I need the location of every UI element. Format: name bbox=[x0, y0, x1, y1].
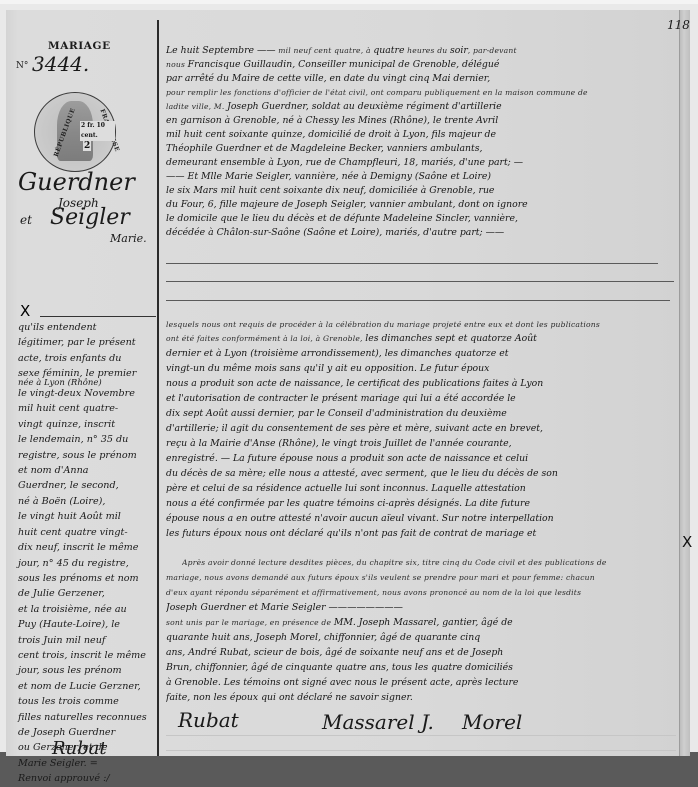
margin-line: dix neuf, inscrit le même bbox=[18, 540, 156, 555]
margin-line: jour, sous les prénom bbox=[18, 663, 156, 678]
body-line: vingt-un du même mois sans qu'il y ait e… bbox=[166, 362, 676, 376]
body-line: ont été faites conformément à la loi, à … bbox=[166, 332, 676, 346]
body-line: Brun, chiffonnier, âgé de cinquante quat… bbox=[166, 661, 676, 675]
body-line: nous Francisque Guillaudin, Conseiller m… bbox=[166, 58, 676, 72]
body-line: épouse nous a en outre attesté n'avoir a… bbox=[166, 512, 676, 526]
margin-line: et la troisième, née au bbox=[18, 602, 156, 617]
stamp-value-bottom: 2 bbox=[83, 141, 91, 151]
body-line: d'eux ayant répondu séparément et affirm… bbox=[166, 586, 676, 600]
body-line: par arrêté du Maire de cette ville, en d… bbox=[166, 72, 676, 86]
bride-surname: Seigler bbox=[50, 205, 130, 230]
body-line: lesquels nous ont requis de procéder à l… bbox=[166, 318, 676, 332]
tax-stamp-icon: RÉPUBLIQUE FRANÇAISE 2 fr. 10 cent. 2 bbox=[34, 92, 116, 172]
folio-number: 118 bbox=[667, 18, 690, 32]
body-line: nous a été confirmée par les quatre témo… bbox=[166, 497, 676, 511]
body-line: —— Et Mlle Marie Seigler, vannière, née … bbox=[166, 170, 676, 184]
body-line: dernier et à Lyon (troisième arrondissem… bbox=[166, 347, 676, 361]
body-line: sont unis par le mariage, en présence de… bbox=[166, 616, 676, 630]
margin-line: mil huit cent quatre- bbox=[18, 401, 156, 416]
margin-line: tous les trois comme bbox=[18, 694, 156, 709]
margin-line: et nom de Lucie Gerzner, bbox=[18, 679, 156, 694]
body-line: ans, André Rubat, scieur de bois, âgé de… bbox=[166, 646, 676, 660]
body-line: mariage, nous avons demandé aux futurs é… bbox=[166, 571, 676, 585]
body-line: les futurs époux nous ont déclaré qu'ils… bbox=[166, 527, 676, 541]
blank-rule bbox=[166, 281, 674, 282]
insertion-mark-icon: X bbox=[682, 533, 692, 551]
margin-line: acte, trois enfants du bbox=[18, 351, 156, 366]
body-line: décédée à Châlon-sur-Saône (Saône et Loi… bbox=[166, 226, 676, 240]
witness-signature: Morel bbox=[462, 710, 522, 734]
margin-line: registre, sous le prénom bbox=[18, 448, 156, 463]
margin-column: MARIAGE N° 3444. RÉPUBLIQUE FRANÇAISE 2 … bbox=[6, 10, 156, 756]
margin-line: Puy (Haute-Loire), le bbox=[18, 617, 156, 632]
body-line: faite, non les époux qui ont déclaré ne … bbox=[166, 691, 676, 705]
body-line: le domicile que le lieu du décès et de d… bbox=[166, 212, 676, 226]
blank-rule bbox=[166, 263, 658, 264]
groom-surname: Guerdner bbox=[18, 168, 135, 196]
body-line: Théophile Guerdner et de Magdeleine Beck… bbox=[166, 142, 676, 156]
body-line: le six Mars mil huit cent soixante dix n… bbox=[166, 184, 676, 198]
margin-line: sous les prénoms et nom bbox=[18, 571, 156, 586]
body-line: quarante huit ans, Joseph Morel, chiffon… bbox=[166, 631, 676, 645]
margin-rule bbox=[40, 316, 156, 317]
body-line: Après avoir donné lecture desdites pièce… bbox=[182, 556, 692, 570]
margin-line: filles naturelles reconnues bbox=[18, 710, 156, 725]
bride-given-name: Marie. bbox=[110, 232, 147, 245]
guide-rule bbox=[166, 735, 676, 736]
body-line: reçu à la Mairie d'Anse (Rhône), le ving… bbox=[166, 437, 676, 451]
body-line: père et celui de sa résidence actuelle l… bbox=[166, 482, 676, 496]
record-number: 3444. bbox=[32, 52, 89, 76]
body-line: enregistré. — La future épouse nous a pr… bbox=[166, 452, 676, 466]
blank-rule bbox=[166, 300, 670, 301]
witness-signature: Massarel J. bbox=[322, 710, 434, 734]
insertion-mark-icon: X bbox=[20, 302, 30, 320]
margin-line: le lendemain, n° 35 du bbox=[18, 432, 156, 447]
body-line: Le huit Septembre —— mil neuf cent quatr… bbox=[166, 44, 676, 58]
margin-line: le vingt huit Août mil bbox=[18, 509, 156, 524]
record-title: MARIAGE bbox=[48, 40, 111, 52]
guide-rule bbox=[166, 750, 676, 751]
margin-line: qu'ils entendent bbox=[18, 320, 156, 335]
body-line: pour remplir les fonctions d'officier de… bbox=[166, 86, 676, 100]
margin-line: de Julie Gerzener, bbox=[18, 586, 156, 601]
margin-annotation: qu'ils entendent légitimer, par le prése… bbox=[18, 320, 156, 760]
margin-line: le vingt-deux Novembre bbox=[18, 386, 156, 401]
margin-line: et nom d'Anna bbox=[18, 463, 156, 478]
margin-line: jour, n° 45 du registre, bbox=[18, 556, 156, 571]
document-viewer: MARIAGE N° 3444. RÉPUBLIQUE FRANÇAISE 2 … bbox=[0, 0, 698, 752]
register-page: MARIAGE N° 3444. RÉPUBLIQUE FRANÇAISE 2 … bbox=[6, 10, 690, 756]
body-line: Joseph Guerdner et Marie Seigler ———————… bbox=[166, 601, 676, 615]
margin-line: né à Boën (Loire), bbox=[18, 494, 156, 509]
body-line: à Grenoble. Les témoins ont signé avec n… bbox=[166, 676, 676, 690]
body-line: mil huit cent soixante quinze, domicilié… bbox=[166, 128, 676, 142]
margin-line: huit cent quatre vingt- bbox=[18, 525, 156, 540]
body-line: ladite ville, M. Joseph Guerdner, soldat… bbox=[166, 100, 676, 114]
margin-line: trois Juin mil neuf bbox=[18, 633, 156, 648]
margin-line: Guerdner, le second, bbox=[18, 478, 156, 493]
body-line: dix sept Août aussi dernier, par le Cons… bbox=[166, 407, 676, 421]
body-line: en garnison à Grenoble, né à Chessy les … bbox=[166, 114, 676, 128]
margin-line: cent trois, inscrit le même bbox=[18, 648, 156, 663]
page-edge bbox=[679, 10, 690, 756]
body-line: nous a produit son acte de naissance, le… bbox=[166, 377, 676, 391]
body-line: demeurant ensemble à Lyon, rue de Champf… bbox=[166, 156, 676, 170]
stamp-value: 2 fr. 10 cent. bbox=[80, 121, 115, 141]
column-divider bbox=[157, 20, 159, 756]
witness-signature: Rubat bbox=[178, 708, 239, 732]
margin-signature: Rubat bbox=[52, 738, 107, 759]
margin-line: légitimer, par le présent bbox=[18, 335, 156, 350]
body-line: et l'autorisation de contracter le prése… bbox=[166, 392, 676, 406]
record-number-label: N° bbox=[16, 61, 28, 71]
body-line: du décès de sa mère; elle nous a attesté… bbox=[166, 467, 676, 481]
names-connector: et bbox=[20, 213, 32, 227]
body-line: du Four, 6, fille majeure de Joseph Seig… bbox=[166, 198, 676, 212]
main-column: 118 Le huit Septembre —— mil neuf cent q… bbox=[162, 10, 680, 756]
body-line: d'artillerie; il agit du consentement de… bbox=[166, 422, 676, 436]
margin-line: vingt quinze, inscrit bbox=[18, 417, 156, 432]
